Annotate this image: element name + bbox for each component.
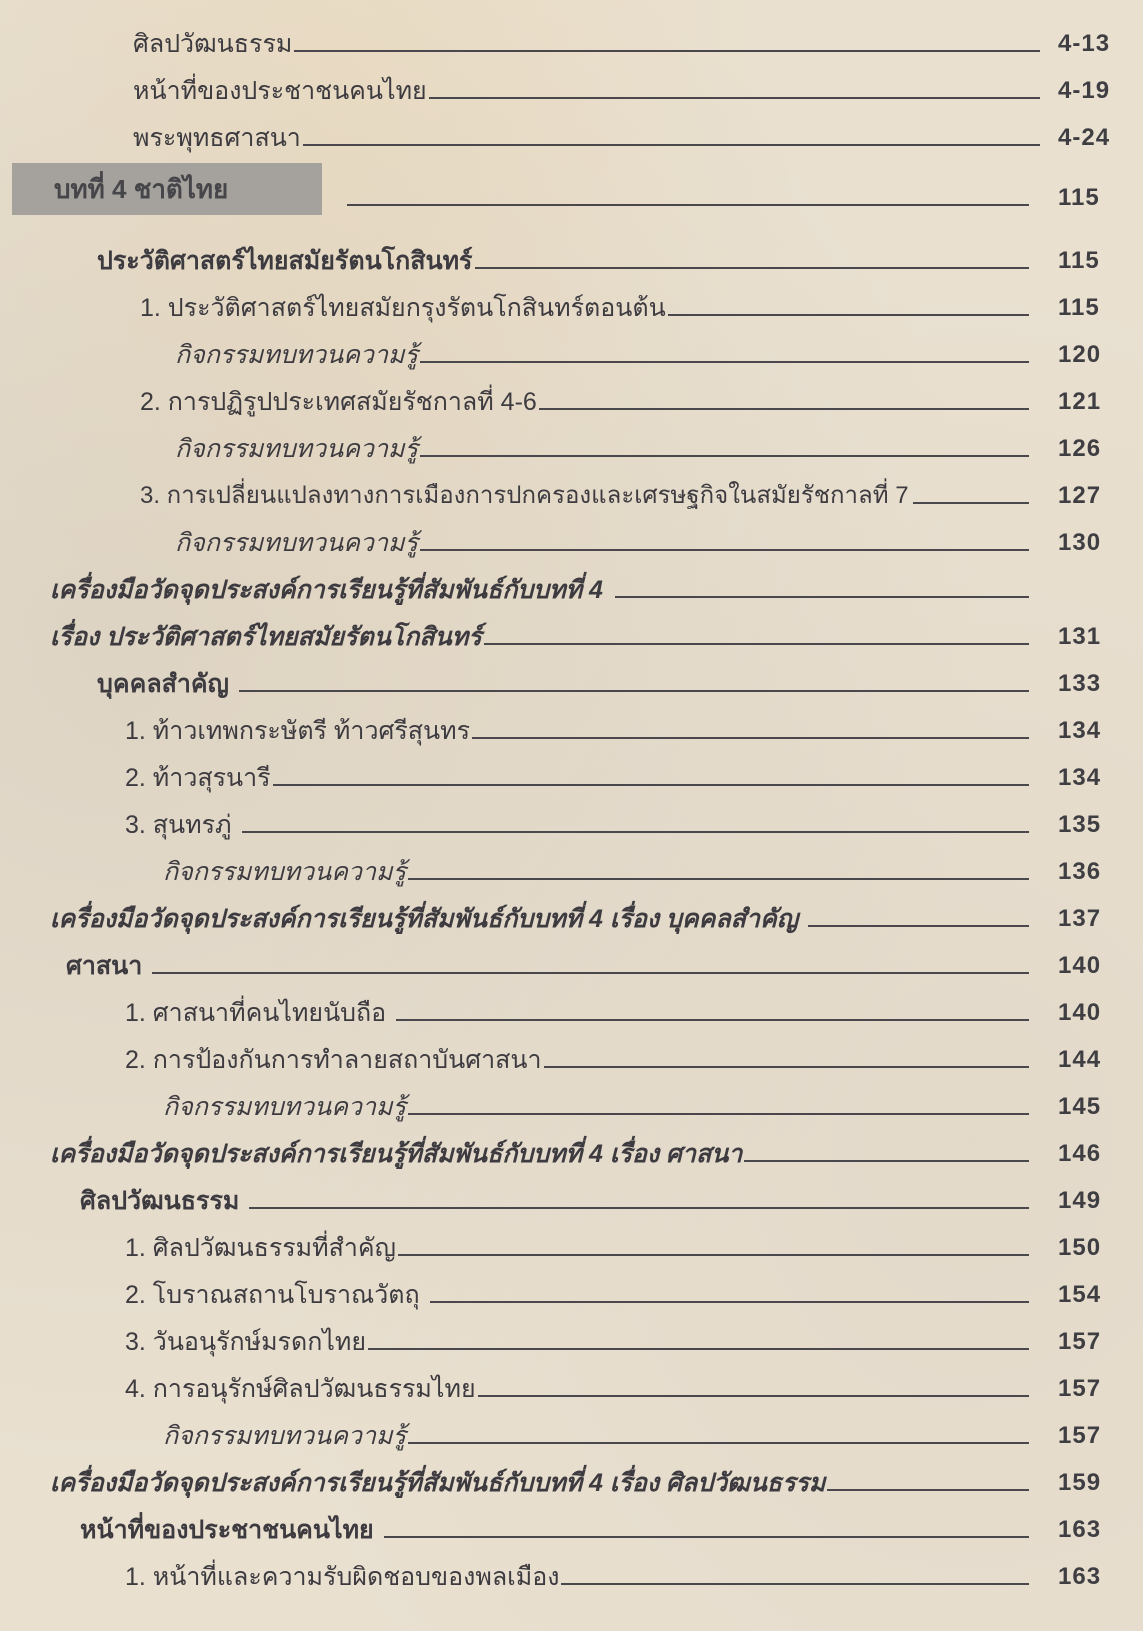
toc-entry-page: 126 bbox=[1047, 433, 1143, 465]
toc-entry-page: 145 bbox=[1047, 1091, 1143, 1123]
toc-entry: 4. การอนุรักษ์ศิลปวัฒนธรรมไทย 157 bbox=[0, 1365, 1143, 1405]
toc-entry-label: กิจกรรมทบทวนความรู้ bbox=[163, 1091, 406, 1123]
toc-entry-page: 135 bbox=[1047, 809, 1143, 841]
toc-entry-page: 137 bbox=[1047, 903, 1143, 935]
toc-entry: 1. ศาสนาที่คนไทยนับถือ 140 bbox=[0, 989, 1143, 1029]
toc-entry-label: 3. วันอนุรักษ์มรดกไทย bbox=[125, 1326, 366, 1358]
toc-entry-page: 121 bbox=[1047, 386, 1143, 418]
toc-entry-label: หน้าที่ของประชาชนคนไทย bbox=[133, 75, 427, 107]
leader-line bbox=[827, 1489, 1029, 1491]
toc-entry-page: 140 bbox=[1047, 950, 1143, 982]
toc-entry-page: 154 bbox=[1047, 1279, 1143, 1311]
toc-entry: 2. การป้องกันการทำลายสถาบันศาสนา 144 bbox=[0, 1036, 1143, 1076]
leader-line bbox=[429, 97, 1040, 99]
toc-entry-page: 134 bbox=[1047, 762, 1143, 794]
toc-entry-page: 159 bbox=[1047, 1467, 1143, 1499]
toc-entry-page: 144 bbox=[1047, 1044, 1143, 1076]
toc-entry-label: 1. ศาสนาที่คนไทยนับถือ bbox=[125, 997, 386, 1029]
leader-line bbox=[249, 1207, 1029, 1209]
toc-entry-review: กิจกรรมทบทวนความรู้ 130 bbox=[0, 519, 1143, 559]
leader-line bbox=[744, 1160, 1029, 1162]
toc-entry: 2. การปฏิรูปประเทศสมัยรัชกาลที่ 4-6 121 bbox=[0, 378, 1143, 418]
toc-entry-page: 4-19 bbox=[1058, 75, 1143, 107]
toc-entry-label: เครื่องมือวัดจุดประสงค์การเรียนรู้ที่สัม… bbox=[50, 1467, 825, 1499]
toc-entry-section: บุคคลสำคัญ 133 bbox=[0, 660, 1143, 700]
leader-line bbox=[539, 408, 1029, 410]
toc-entry-section: ศาสนา 140 bbox=[0, 942, 1143, 982]
toc-entry: 2. ท้าวสุรนารี 134 bbox=[0, 754, 1143, 794]
toc-entry-label: กิจกรรมทบทวนความรู้ bbox=[175, 527, 418, 559]
toc-entry-page: 149 bbox=[1047, 1185, 1143, 1217]
toc-entry: ศิลปวัฒนธรรม 4-13 bbox=[0, 20, 1143, 60]
toc-entry-label: เรื่อง ประวัติศาสตร์ไทยสมัยรัตนโกสินทร์ bbox=[50, 621, 482, 653]
toc-entry-label: กิจกรรมทบทวนความรู้ bbox=[175, 433, 418, 465]
toc-entry-label: เครื่องมือวัดจุดประสงค์การเรียนรู้ที่สัม… bbox=[50, 903, 798, 935]
toc-entry: 1. ท้าวเทพกระษัตรี ท้าวศรีสุนทร 134 bbox=[0, 707, 1143, 747]
toc-entry-label: เครื่องมือวัดจุดประสงค์การเรียนรู้ที่สัม… bbox=[50, 574, 603, 606]
leader-line bbox=[239, 690, 1029, 692]
leader-line bbox=[913, 502, 1029, 504]
leader-line bbox=[472, 737, 1029, 739]
leader-line bbox=[615, 596, 1029, 598]
leader-line bbox=[398, 1254, 1029, 1256]
leader-line bbox=[408, 1442, 1029, 1444]
toc-entry-assessment: เครื่องมือวัดจุดประสงค์การเรียนรู้ที่สัม… bbox=[0, 895, 1143, 935]
leader-line bbox=[544, 1066, 1029, 1068]
toc-entry-section: ประวัติศาสตร์ไทยสมัยรัตนโกสินทร์ 115 bbox=[0, 237, 1143, 277]
toc-entry-label: 3. การเปลี่ยนแปลงทางการเมืองการปกครองและ… bbox=[140, 480, 909, 512]
toc-entry-label: พระพุทธศาสนา bbox=[133, 122, 301, 154]
leader-line bbox=[668, 314, 1029, 316]
leader-line bbox=[808, 925, 1029, 927]
leader-line bbox=[420, 361, 1029, 363]
toc-entry-review: กิจกรรมทบทวนความรู้ 120 bbox=[0, 331, 1143, 371]
leader-line bbox=[347, 204, 1029, 206]
toc-entry-page: 163 bbox=[1047, 1561, 1143, 1593]
toc-entry-label: กิจกรรมทบทวนความรู้ bbox=[163, 856, 406, 888]
toc-entry: 2. โบราณสถานโบราณวัตถุ 154 bbox=[0, 1271, 1143, 1311]
leader-line bbox=[561, 1583, 1029, 1585]
toc-entry-label: 1. ท้าวเทพกระษัตรี ท้าวศรีสุนทร bbox=[125, 715, 470, 747]
toc-entry-page: 131 bbox=[1047, 621, 1143, 653]
toc-entry-assessment: เครื่องมือวัดจุดประสงค์การเรียนรู้ที่สัม… bbox=[0, 1130, 1143, 1170]
toc-entry-label: กิจกรรมทบทวนความรู้ bbox=[163, 1420, 406, 1452]
toc-entry-page: 150 bbox=[1047, 1232, 1143, 1264]
toc-entry-page: 136 bbox=[1047, 856, 1143, 888]
toc-entry-review: กิจกรรมทบทวนความรู้ 145 bbox=[0, 1083, 1143, 1123]
toc-entry-review: กิจกรรมทบทวนความรู้ 157 bbox=[0, 1412, 1143, 1452]
toc-entry: 3. สุนทรภู่ 135 bbox=[0, 801, 1143, 841]
toc-entry-page: 120 bbox=[1047, 339, 1143, 371]
toc-entry-label: ประวัติศาสตร์ไทยสมัยรัตนโกสินทร์ bbox=[97, 245, 473, 277]
leader-line bbox=[484, 643, 1029, 645]
toc-entry-label: 2. การปฏิรูปประเทศสมัยรัชกาลที่ 4-6 bbox=[140, 386, 537, 418]
leader-line bbox=[303, 144, 1040, 146]
toc-entry-label: 1. ศิลปวัฒนธรรมที่สำคัญ bbox=[125, 1232, 396, 1264]
toc-entry: 1. หน้าที่และความรับผิดชอบของพลเมือง 163 bbox=[0, 1553, 1143, 1593]
toc-entry: 3. การเปลี่ยนแปลงทางการเมืองการปกครองและ… bbox=[0, 472, 1143, 512]
leader-line bbox=[368, 1348, 1029, 1350]
toc-entry-label: เครื่องมือวัดจุดประสงค์การเรียนรู้ที่สัม… bbox=[50, 1138, 742, 1170]
chapter-page: 115 bbox=[1047, 182, 1143, 214]
toc-entry-section: ศิลปวัฒนธรรม 149 bbox=[0, 1177, 1143, 1217]
toc-entry-label: บุคคลสำคัญ bbox=[97, 668, 229, 700]
leader-line bbox=[384, 1536, 1029, 1538]
toc-entry-label: 4. การอนุรักษ์ศิลปวัฒนธรรมไทย bbox=[125, 1373, 476, 1405]
toc-entry-section: หน้าที่ของประชาชนคนไทย 163 bbox=[0, 1506, 1143, 1546]
toc-entry-page: 127 bbox=[1047, 480, 1143, 512]
toc-entry: 1. ศิลปวัฒนธรรมที่สำคัญ 150 bbox=[0, 1224, 1143, 1264]
toc-entry-label: 2. ท้าวสุรนารี bbox=[125, 762, 271, 794]
toc-entry-label: ศาสนา bbox=[66, 950, 142, 982]
toc-entry-label: 1. ประวัติศาสตร์ไทยสมัยกรุงรัตนโกสินทร์ต… bbox=[140, 292, 666, 324]
toc-entry: พระพุทธศาสนา 4-24 bbox=[0, 114, 1143, 154]
leader-line bbox=[420, 455, 1029, 457]
leader-line bbox=[396, 1019, 1029, 1021]
toc-entry: 3. วันอนุรักษ์มรดกไทย 157 bbox=[0, 1318, 1143, 1358]
toc-entry-page: 140 bbox=[1047, 997, 1143, 1029]
leader-line bbox=[430, 1301, 1029, 1303]
toc-entry-page: 4-13 bbox=[1058, 28, 1143, 60]
toc-entry-review: กิจกรรมทบทวนความรู้ 136 bbox=[0, 848, 1143, 888]
toc-entry-page: 133 bbox=[1047, 668, 1143, 700]
leader-line bbox=[475, 267, 1030, 269]
toc-entry-page: 146 bbox=[1047, 1138, 1143, 1170]
toc-entry-page: 157 bbox=[1047, 1420, 1143, 1452]
toc-entry-review: กิจกรรมทบทวนความรู้ 126 bbox=[0, 425, 1143, 465]
toc-entry: หน้าที่ของประชาชนคนไทย 4-19 bbox=[0, 67, 1143, 107]
toc-entry-page: 157 bbox=[1047, 1326, 1143, 1358]
toc-entry-label: หน้าที่ของประชาชนคนไทย bbox=[80, 1514, 374, 1546]
leader-line bbox=[408, 878, 1029, 880]
toc-entry-page: 134 bbox=[1047, 715, 1143, 747]
toc-entry-label: 1. หน้าที่และความรับผิดชอบของพลเมือง bbox=[125, 1561, 559, 1593]
toc-entry-assessment: เครื่องมือวัดจุดประสงค์การเรียนรู้ที่สัม… bbox=[0, 566, 1143, 606]
toc-entry-label: 3. สุนทรภู่ bbox=[125, 809, 232, 841]
toc-entry-assessment: เครื่องมือวัดจุดประสงค์การเรียนรู้ที่สัม… bbox=[0, 1459, 1143, 1499]
toc-entry-label: 2. การป้องกันการทำลายสถาบันศาสนา bbox=[125, 1044, 542, 1076]
toc-entry-page: 157 bbox=[1047, 1373, 1143, 1405]
toc-entry-page: 115 bbox=[1047, 245, 1143, 277]
leader-line bbox=[294, 50, 1040, 52]
leader-line bbox=[273, 784, 1029, 786]
leader-line bbox=[408, 1113, 1029, 1115]
toc-entry-page: 4-24 bbox=[1058, 122, 1143, 154]
toc-entry-label: 2. โบราณสถานโบราณวัตถุ bbox=[125, 1279, 420, 1311]
toc-entry-page: 130 bbox=[1047, 527, 1143, 559]
toc-entry-label: ศิลปวัฒนธรรม bbox=[80, 1185, 239, 1217]
toc-entry-label: ศิลปวัฒนธรรม bbox=[133, 28, 292, 60]
leader-line bbox=[152, 972, 1029, 974]
toc-entry-assessment: เรื่อง ประวัติศาสตร์ไทยสมัยรัตนโกสินทร์ … bbox=[0, 613, 1143, 653]
chapter-entry: 115 bbox=[0, 174, 1143, 214]
leader-line bbox=[478, 1395, 1029, 1397]
toc-entry-label: กิจกรรมทบทวนความรู้ bbox=[175, 339, 418, 371]
leader-line bbox=[420, 549, 1029, 551]
leader-line bbox=[242, 831, 1029, 833]
toc-entry-page: 115 bbox=[1047, 292, 1143, 324]
toc-entry: 1. ประวัติศาสตร์ไทยสมัยกรุงรัตนโกสินทร์ต… bbox=[0, 284, 1143, 324]
toc-entry-page: 163 bbox=[1047, 1514, 1143, 1546]
